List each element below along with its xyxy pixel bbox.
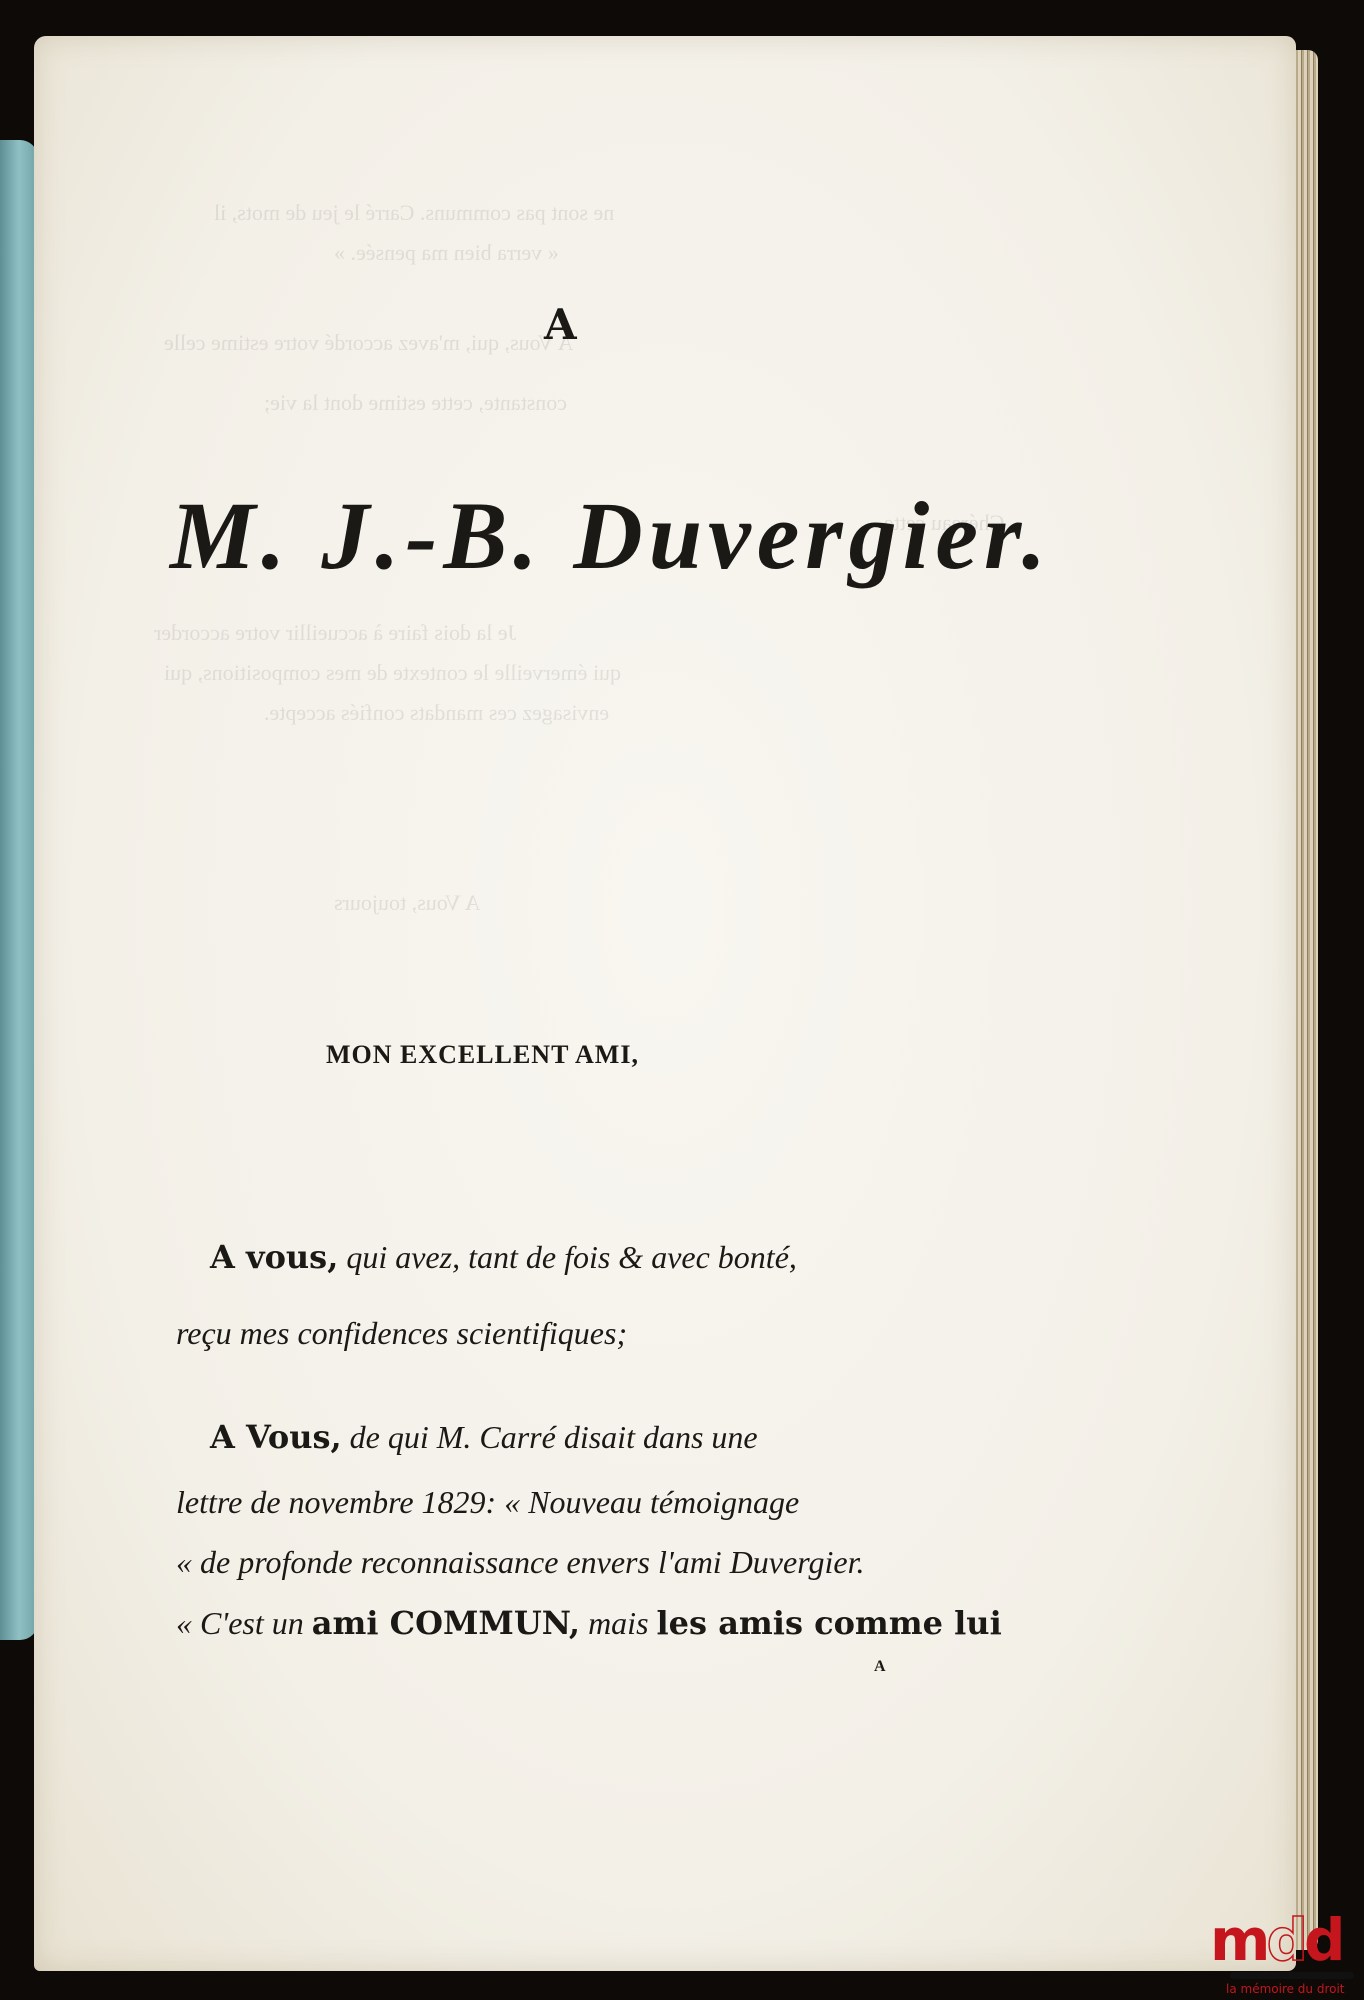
bleed-through-text: qui émerveille le contexte de mes compos… — [164, 656, 621, 690]
signature-mark: A — [874, 1658, 886, 1676]
paragraph-1-line-1: A vous, qui avez, tant de fois & avec bo… — [210, 1238, 797, 1276]
logo-mark: mdd — [1210, 1908, 1342, 1972]
book-cover-edge — [0, 140, 38, 1640]
paragraph-1-line-2: reçu mes confidences scientifiques; — [176, 1315, 627, 1352]
paragraph-2-line-3: « de profonde reconnaissance envers l'am… — [176, 1544, 864, 1581]
bleed-through-text: A Vous, toujours — [334, 886, 481, 920]
line-text-bold: ami COMMUN, — [312, 1604, 580, 1642]
bleed-through-text: constante, cette estime dont la vie; — [264, 386, 567, 420]
lead-words: A vous, — [210, 1238, 338, 1276]
line-text: de qui M. Carré disait dans une — [342, 1419, 758, 1455]
bleed-through-text: « verra bien ma pensée. » — [334, 236, 559, 270]
logo-letter: d — [1266, 1906, 1304, 1974]
logo-letter: m — [1210, 1906, 1266, 1974]
line-text: mais — [580, 1605, 656, 1641]
book-page: ne sont pas communs. Carré le jeu de mot… — [34, 36, 1296, 1971]
bleed-through-text: Je la dois faire à accueillir votre acco… — [154, 616, 516, 650]
line-text: « de profonde reconnaissance envers l'am… — [176, 1544, 864, 1580]
line-text: qui avez, tant de fois & avec bonté, — [338, 1239, 797, 1275]
lead-words: A Vous, — [210, 1418, 342, 1456]
paragraph-2-line-4: « C'est un ami COMMUN, mais les amis com… — [176, 1604, 1002, 1642]
logo-tagline: la mémoire du droit — [1226, 1982, 1345, 1996]
paragraph-2-line-1: A Vous, de qui M. Carré disait dans une — [210, 1418, 758, 1456]
bleed-through-text: A Vous, qui, m'avez accordé votre estime… — [164, 326, 573, 360]
paragraph-2-line-2: lettre de novembre 1829: « Nouveau témoi… — [176, 1484, 799, 1521]
dedication-heading: A — [544, 300, 577, 349]
bleed-through-text: ne sont pas communs. Carré le jeu de mot… — [214, 196, 614, 230]
line-text: « C'est un — [176, 1605, 312, 1641]
mdd-logo: mdd la mémoire du droit — [1200, 1908, 1364, 2000]
dedicatee-name: M. J.-B. Duvergier. — [170, 480, 1052, 591]
line-text-bold: les amis comme lui — [657, 1604, 1002, 1642]
line-text: lettre de novembre 1829: « Nouveau témoi… — [176, 1484, 799, 1520]
line-text: reçu mes confidences scientifiques; — [176, 1315, 627, 1351]
bleed-through-text: envisagez ces mandats confiés accepte. — [264, 696, 609, 730]
logo-letter: d — [1304, 1906, 1342, 1974]
logo-underline — [1230, 1972, 1354, 1979]
salutation: MON EXCELLENT AMI, — [326, 1040, 639, 1070]
